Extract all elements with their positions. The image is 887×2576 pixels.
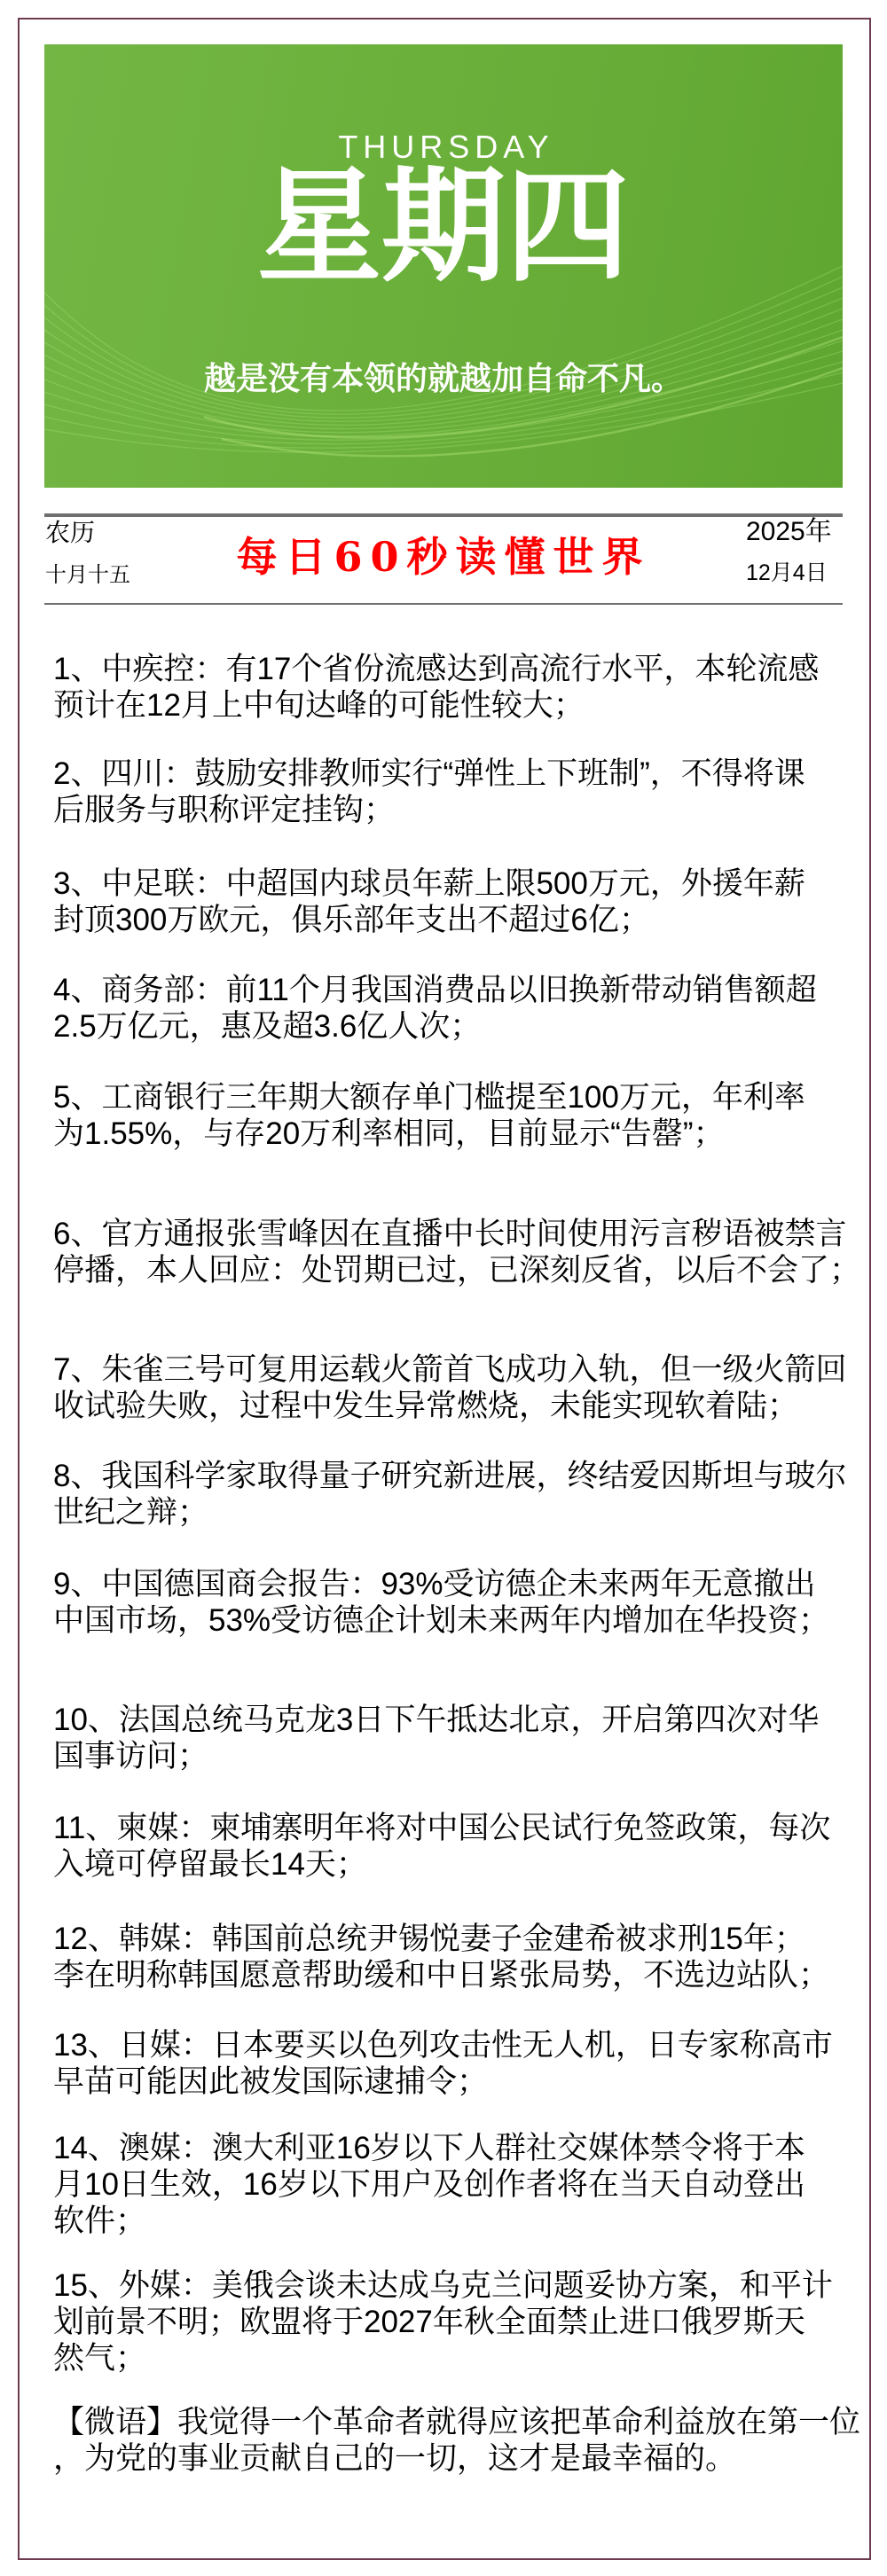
news-item-3: 3、中足联：中超国内球员年薪上限500万元，外援年薪 封顶300万欧元，俱乐部年… [53,865,805,938]
masthead-bottom-rule [44,603,843,605]
news-item-10: 10、法国总统马克龙3日下午抵达北京，开启第四次对华 国事访问； [53,1702,819,1774]
news-line: 预计在12月上中旬达峰的可能性较大； [53,687,819,724]
news-line: 李在明称韩国愿意帮助缓和中日紧张局势，不选边站队； [53,1957,829,1993]
news-line: 入境可停留最长14天； [53,1846,830,1883]
news-item-15: 15、外媒：美俄会谈未达成乌克兰问题妥协方案，和平计 划前景不明；欧盟将于202… [53,2267,833,2376]
news-line: 中国市场，53%受访德企计划未来两年内增加在华投资； [53,1602,829,1639]
page-title: 每日60秒读懂世界 [44,536,843,577]
news-item-14: 14、澳媒：澳大利亚16岁以下人群社交媒体禁令将于本 月10日生效，16岁以下用… [53,2130,805,2239]
news-item-9: 9、中国德国商会报告：93%受访德企未来两年无意撤出 中国市场，53%受访德企计… [53,1566,829,1639]
news-line: 国事访问； [53,1738,819,1774]
gregorian-date: 12月4日 [746,562,828,584]
news-line: 划前景不明；欧盟将于2027年秋全面禁止进口俄罗斯天 [53,2304,833,2340]
weiyu-quote: 【微语】我觉得一个革命者就得应该把革命利益放在第一位 ，为党的事业贡献自己的一切… [53,2404,860,2477]
news-line: 然气； [53,2340,833,2376]
news-line: 9、中国德国商会报告：93%受访德企未来两年无意撤出 [53,1566,829,1602]
news-line: 6、官方通报张雪峰因在直播中长时间使用污言秽语被禁言 [53,1216,860,1252]
weiyu-line: ，为党的事业贡献自己的一切，这才是最幸福的。 [53,2440,860,2477]
news-line: 11、柬媒：柬埔寨明年将对中国公民试行免签政策，每次 [53,1810,830,1846]
news-line: 1、中疾控：有17个省份流感达到高流行水平，本轮流感 [53,651,819,687]
news-line: 封顶300万欧元，俱乐部年支出不超过6亿； [53,902,805,938]
news-item-8: 8、我国科学家取得量子研究新进展，终结爱因斯坦与玻尔 世纪之辩； [53,1458,846,1531]
news-item-6: 6、官方通报张雪峰因在直播中长时间使用污言秽语被禁言 停播，本人回应：处罚期已过… [53,1216,860,1288]
news-line: 3、中足联：中超国内球员年薪上限500万元，外援年薪 [53,865,805,902]
news-line: 收试验失败，过程中发生异常燃烧，未能实现软着陆； [53,1388,846,1424]
news-line: 8、我国科学家取得量子研究新进展，终结爱因斯坦与玻尔 [53,1458,846,1494]
weiyu-line: 【微语】我觉得一个革命者就得应该把革命利益放在第一位 [53,2404,860,2440]
news-line: 软件； [53,2203,805,2239]
news-item-1: 1、中疾控：有17个省份流感达到高流行水平，本轮流感 预计在12月上中旬达峰的可… [53,651,819,724]
news-line: 早苗可能因此被发国际逮捕令； [53,2063,833,2100]
news-line: 7、朱雀三号可复用运载火箭首飞成功入轨，但一级火箭回 [53,1351,846,1388]
masthead-top-rule [44,513,843,517]
weekday-banner: THURSDAY 星期四 越是没有本领的就越加自命不凡。 [44,44,843,488]
news-line: 13、日媒：日本要买以色列攻击性无人机，日专家称高市 [53,2027,833,2063]
news-item-2: 2、四川：鼓励安排教师实行“弹性上下班制”，不得将课 后服务与职称评定挂钩； [53,756,805,828]
news-line: 2.5万亿元，惠及超3.6亿人次； [53,1008,817,1045]
daily-motto: 越是没有本领的就越加自命不凡。 [44,363,843,395]
news-line: 10、法国总统马克龙3日下午抵达北京，开启第四次对华 [53,1702,819,1738]
news-item-13: 13、日媒：日本要买以色列攻击性无人机，日专家称高市 早苗可能因此被发国际逮捕令… [53,2027,833,2100]
news-line: 后服务与职称评定挂钩； [53,792,805,828]
gregorian-year: 2025年 [746,519,832,545]
news-line: 停播，本人回应：处罚期已过，已深刻反省，以后不会了； [53,1252,860,1288]
news-line: 15、外媒：美俄会谈未达成乌克兰问题妥协方案，和平计 [53,2267,833,2304]
news-line: 世纪之辩； [53,1494,846,1531]
news-line: 14、澳媒：澳大利亚16岁以下人群社交媒体禁令将于本 [53,2130,805,2166]
news-item-12: 12、韩媒：韩国前总统尹锡悦妻子金建希被求刑15年； 李在明称韩国愿意帮助缓和中… [53,1921,829,1993]
news-item-4: 4、商务部：前11个月我国消费品以旧换新带动销售额超 2.5万亿元，惠及超3.6… [53,972,817,1045]
news-item-5: 5、工商银行三年期大额存单门槛提至100万元，年利率 为1.55%，与存20万利… [53,1079,805,1152]
news-line: 2、四川：鼓励安排教师实行“弹性上下班制”，不得将课 [53,756,805,792]
news-line: 5、工商银行三年期大额存单门槛提至100万元，年利率 [53,1079,805,1116]
news-line: 月10日生效，16岁以下用户及创作者将在当天自动登出 [53,2166,805,2203]
news-item-7: 7、朱雀三号可复用运载火箭首飞成功入轨，但一级火箭回 收试验失败，过程中发生异常… [53,1351,846,1424]
news-item-11: 11、柬媒：柬埔寨明年将对中国公民试行免签政策，每次 入境可停留最长14天； [53,1810,830,1883]
news-line: 为1.55%，与存20万利率相同，目前显示“告罄”； [53,1116,805,1152]
weekday-chinese: 星期四 [44,165,843,289]
news-line: 4、商务部：前11个月我国消费品以旧换新带动销售额超 [53,972,817,1008]
news-line: 12、韩媒：韩国前总统尹锡悦妻子金建希被求刑15年； [53,1921,829,1957]
